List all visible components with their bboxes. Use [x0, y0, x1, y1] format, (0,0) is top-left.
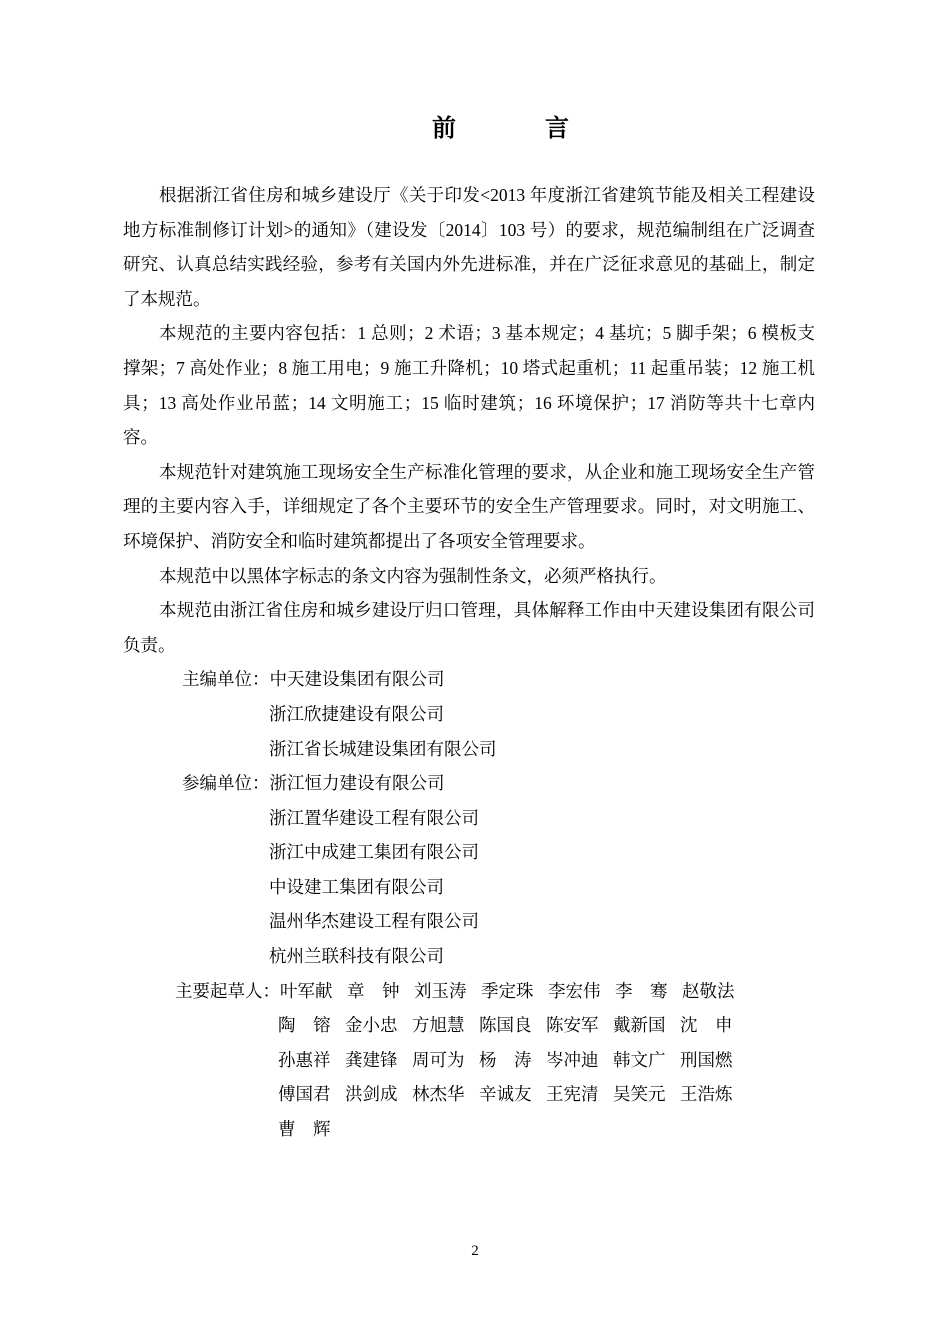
drafter-name: 辛诚友: [479, 1077, 534, 1112]
drafter-name: 杨 涛: [479, 1043, 534, 1078]
drafter-name: 叶军献: [280, 974, 335, 1009]
drafter-name: 岑冲迪: [546, 1043, 601, 1078]
company-name: 中设建工集团有限公司: [269, 870, 444, 905]
drafter-name: 刘玉涛: [414, 974, 469, 1009]
drafter-name: 傅国君: [278, 1077, 333, 1112]
drafter-row: 傅国君洪剑成林杰华辛诚友王宪清吴笑元王浩炼: [123, 1077, 815, 1112]
drafter-name: 方旭慧: [412, 1008, 467, 1043]
drafter-name: 孙惠祥: [278, 1043, 333, 1078]
drafter-name: 李宏伟: [548, 974, 603, 1009]
drafters-label: [123, 1043, 278, 1078]
drafter-name: 陈国良: [479, 1008, 534, 1043]
drafter-name: 刑国燃: [680, 1043, 735, 1078]
editor-role-label: [123, 939, 269, 974]
company-name: 浙江省长城建设集团有限公司: [269, 732, 497, 767]
company-name: 杭州兰联科技有限公司: [269, 939, 444, 974]
unit-row: 中设建工集团有限公司: [123, 870, 815, 905]
unit-row: 浙江置华建设工程有限公司: [123, 801, 815, 836]
drafter-name: 韩文广: [613, 1043, 668, 1078]
document-body: 根据浙江省住房和城乡建设厅《关于印发<2013 年度浙江省建筑节能及相关工程建设…: [123, 178, 815, 1147]
editor-role-label: [123, 801, 269, 836]
editor-role-label: 主编单位：: [123, 662, 270, 697]
company-name: 浙江置华建设工程有限公司: [269, 801, 479, 836]
unit-row: 浙江省长城建设集团有限公司: [123, 732, 815, 767]
unit-row: 参编单位：浙江恒力建设有限公司: [123, 766, 815, 801]
drafters-label: 主要起草人：: [123, 974, 280, 1009]
paragraph: 本规范中以黑体字标志的条文内容为强制性条文，必须严格执行。: [123, 559, 815, 594]
unit-row: 温州华杰建设工程有限公司: [123, 904, 815, 939]
drafter-name: 陈安军: [546, 1008, 601, 1043]
paragraphs-section: 根据浙江省住房和城乡建设厅《关于印发<2013 年度浙江省建筑节能及相关工程建设…: [123, 178, 815, 662]
editor-role-label: [123, 697, 269, 732]
drafter-name: 陶 镕: [278, 1008, 333, 1043]
title-char: 言: [545, 112, 570, 146]
drafter-name: 周可为: [412, 1043, 467, 1078]
company-name: 浙江恒力建设有限公司: [270, 766, 445, 801]
company-name: 浙江欣捷建设有限公司: [269, 697, 444, 732]
unit-row: 杭州兰联科技有限公司: [123, 939, 815, 974]
drafter-row: 陶 镕金小忠方旭慧陈国良陈安军戴新国沈 申: [123, 1008, 815, 1043]
paragraph: 本规范由浙江省住房和城乡建设厅归口管理，具体解释工作由中天建设集团有限公司负责。: [123, 593, 815, 662]
drafter-name: 沈 申: [680, 1008, 735, 1043]
editor-role-label: [123, 904, 269, 939]
drafter-row: 曹 辉: [123, 1112, 815, 1147]
drafters-label: [123, 1112, 278, 1147]
paragraph: 本规范的主要内容包括：1 总则；2 术语；3 基本规定；4 基坑；5 脚手架；6…: [123, 316, 815, 454]
editor-units-section: 主编单位：中天建设集团有限公司浙江欣捷建设有限公司浙江省长城建设集团有限公司参编…: [123, 662, 815, 973]
drafter-name: 王宪清: [546, 1077, 601, 1112]
drafter-name: 季定珠: [481, 974, 536, 1009]
drafter-row: 孙惠祥龚建锋周可为杨 涛岑冲迪韩文广刑国燃: [123, 1043, 815, 1078]
drafter-name: 曹 辉: [278, 1112, 333, 1147]
editor-role-label: 参编单位：: [123, 766, 270, 801]
document-page: 前 言 根据浙江省住房和城乡建设厅《关于印发<2013 年度浙江省建筑节能及相关…: [0, 0, 950, 1344]
paragraph: 本规范针对建筑施工现场安全生产标准化管理的要求，从企业和施工现场安全生产管理的主…: [123, 455, 815, 559]
unit-row: 浙江欣捷建设有限公司: [123, 697, 815, 732]
page-number: 2: [0, 1240, 950, 1262]
drafter-name: 洪剑成: [345, 1077, 400, 1112]
drafter-row: 主要起草人：叶军献章 钟刘玉涛季定珠李宏伟李 骞赵敬法: [123, 974, 815, 1009]
drafters-section: 主要起草人：叶军献章 钟刘玉涛季定珠李宏伟李 骞赵敬法陶 镕金小忠方旭慧陈国良陈…: [123, 974, 815, 1147]
page-title: 前 言: [0, 112, 950, 146]
editor-role-label: [123, 835, 269, 870]
editor-role-label: [123, 732, 269, 767]
editor-role-label: [123, 870, 269, 905]
drafter-name: 林杰华: [412, 1077, 467, 1112]
drafters-label: [123, 1077, 278, 1112]
unit-row: 浙江中成建工集团有限公司: [123, 835, 815, 870]
title-char: 前: [432, 112, 457, 146]
drafters-label: [123, 1008, 278, 1043]
company-name: 温州华杰建设工程有限公司: [269, 904, 479, 939]
paragraph: 根据浙江省住房和城乡建设厅《关于印发<2013 年度浙江省建筑节能及相关工程建设…: [123, 178, 815, 316]
drafter-name: 金小忠: [345, 1008, 400, 1043]
drafter-name: 赵敬法: [682, 974, 737, 1009]
company-name: 浙江中成建工集团有限公司: [269, 835, 479, 870]
drafter-name: 李 骞: [615, 974, 670, 1009]
drafter-name: 吴笑元: [613, 1077, 668, 1112]
drafter-name: 章 钟: [347, 974, 402, 1009]
drafter-name: 戴新国: [613, 1008, 668, 1043]
company-name: 中天建设集团有限公司: [270, 662, 445, 697]
drafter-name: 龚建锋: [345, 1043, 400, 1078]
unit-row: 主编单位：中天建设集团有限公司: [123, 662, 815, 697]
drafter-name: 王浩炼: [680, 1077, 735, 1112]
